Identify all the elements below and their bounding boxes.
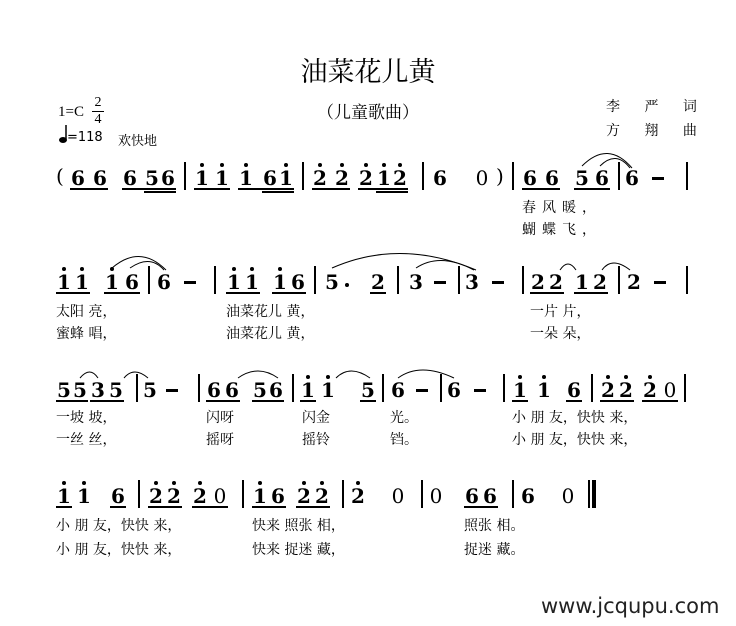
slur-ties — [0, 0, 736, 626]
watermark: www.jcqupu.com — [541, 594, 719, 618]
